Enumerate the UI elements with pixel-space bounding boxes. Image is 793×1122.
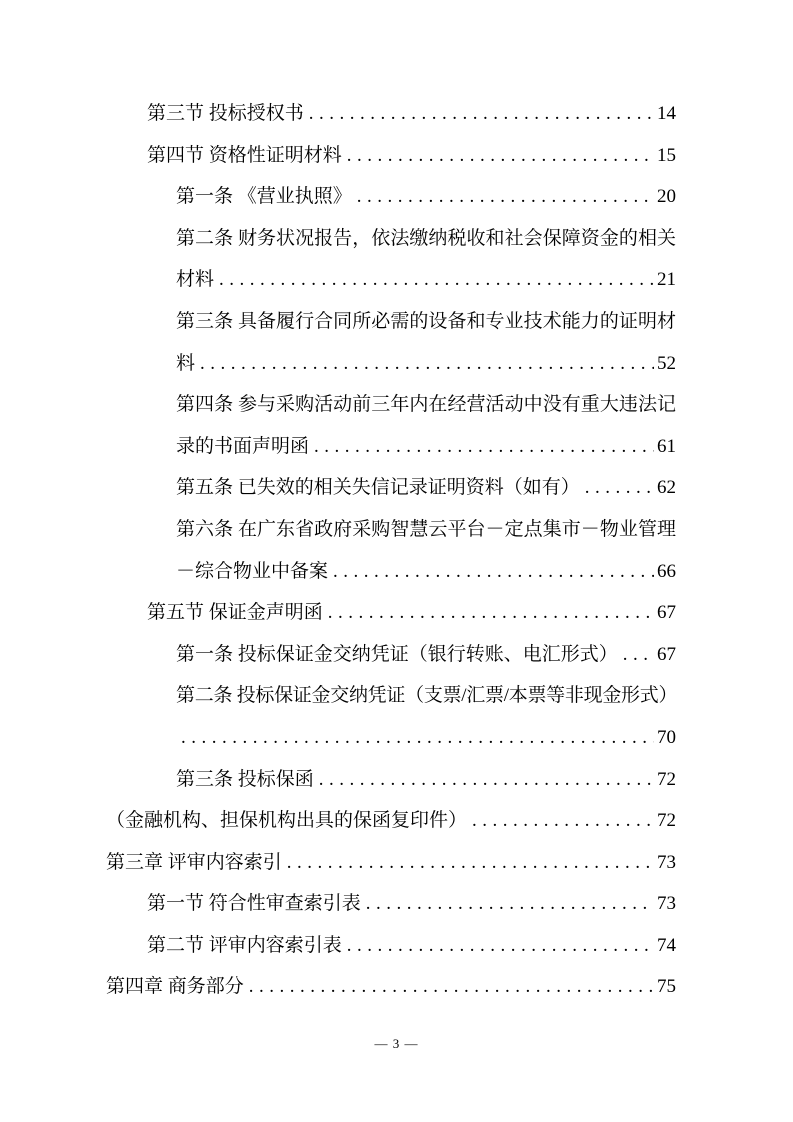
toc-entry-text: 第四节 资格性证明材料: [147, 135, 342, 177]
dot-leader: [319, 759, 654, 801]
toc-entry-text: 第一节 符合性审查索引表: [147, 883, 361, 925]
toc-page-number: 72: [657, 800, 676, 842]
toc-page-number: 21: [657, 259, 676, 301]
toc-page-number: 61: [657, 426, 676, 468]
toc-page-number: 52: [657, 343, 676, 385]
page-footer: — 3 —: [0, 1036, 793, 1052]
toc-page-number: 73: [657, 883, 676, 925]
toc-page-number: 14: [657, 93, 676, 135]
toc-entry: 第二条 投标保证金交纳凭证（支票/汇票/本票等非现金形式）: [106, 675, 676, 717]
dot-leader: [472, 800, 654, 842]
toc-page-number: 62: [657, 467, 676, 509]
toc-entry: 第二条 财务状况报告，依法缴纳税收和社会保障资金的相关: [106, 218, 676, 260]
toc-entry-text: 第一条 《营业执照》: [176, 176, 352, 218]
toc-entry: 第三条 投标保函 72: [106, 759, 676, 801]
toc-entry-text: 第二条 财务状况报告，依法缴纳税收和社会保障资金的相关: [176, 218, 676, 260]
toc-entry-text: 第三章 评审内容索引: [106, 842, 282, 884]
dot-leader: [200, 343, 654, 385]
toc-entry-text: 第三条 具备履行合同所必需的设备和专业技术能力的证明材: [176, 301, 676, 343]
toc-page-number: 66: [657, 551, 676, 593]
dot-leader: [357, 176, 654, 218]
toc-entry: 第六条 在广东省政府采购智慧云平台－定点集市－物业管理: [106, 509, 676, 551]
toc-entry-text: 第一条 投标保证金交纳凭证（银行转账、电汇形式）: [176, 634, 618, 676]
toc-entry: 第四条 参与采购活动前三年内在经营活动中没有重大违法记: [106, 384, 676, 426]
toc-entry-text: 材料: [176, 259, 214, 301]
toc-entry-text: 第五条 已失效的相关失信记录证明资料（如有）: [176, 467, 580, 509]
toc-page-number: 20: [657, 176, 676, 218]
toc-entry: 第一条 投标保证金交纳凭证（银行转账、电汇形式） 67: [106, 634, 676, 676]
toc-entry-text: 第五节 保证金声明函: [147, 592, 323, 634]
dot-leader: [347, 135, 654, 177]
toc-entry: 第四章 商务部分 75: [106, 966, 676, 1008]
toc-entry: 录的书面声明函 61: [106, 426, 676, 468]
toc-entry-text: 第三条 投标保函: [176, 759, 314, 801]
dot-leader: [366, 883, 654, 925]
footer-page-number: — 3 —: [375, 1036, 419, 1051]
dot-leader: [287, 842, 654, 884]
toc-entry: 70: [106, 717, 676, 759]
toc-entry: 第一条 《营业执照》 20: [106, 176, 676, 218]
toc-entry: －综合物业中备案 66: [106, 551, 676, 593]
toc-page-number: 67: [657, 634, 676, 676]
toc-entry: 第一节 符合性审查索引表 73: [106, 883, 676, 925]
toc-entry: 第三节 投标授权书 14: [106, 93, 676, 135]
toc-page-number: 75: [657, 966, 676, 1008]
toc-entry: 第五节 保证金声明函 67: [106, 592, 676, 634]
toc-entry-text: （金融机构、担保机构出具的保函复印件）: [106, 800, 467, 842]
toc-page-number: 67: [657, 592, 676, 634]
toc-entry-text: 料: [176, 343, 195, 385]
dot-leader: [219, 259, 654, 301]
toc-entry-text: 第六条 在广东省政府采购智慧云平台－定点集市－物业管理: [176, 509, 676, 551]
dot-leader: [347, 925, 654, 967]
dot-leader: [309, 93, 654, 135]
dot-leader: [333, 551, 654, 593]
toc-entry-text: 第四章 商务部分: [106, 966, 244, 1008]
toc-entry-text: －综合物业中备案: [176, 551, 328, 593]
dot-leader: [314, 426, 654, 468]
document-page: 第三节 投标授权书 14 第四节 资格性证明材料 15 第一条 《营业执照》 2…: [0, 0, 793, 1122]
toc-page-number: 73: [657, 842, 676, 884]
toc-entry-text: 录的书面声明函: [176, 426, 309, 468]
toc-entry-text: 第二条 投标保证金交纳凭证（支票/汇票/本票等非现金形式）: [176, 675, 676, 717]
table-of-contents: 第三节 投标授权书 14 第四节 资格性证明材料 15 第一条 《营业执照》 2…: [106, 93, 676, 1008]
dot-leader: [585, 467, 654, 509]
toc-entry: 第二节 评审内容索引表 74: [106, 925, 676, 967]
toc-entry: 第三条 具备履行合同所必需的设备和专业技术能力的证明材: [106, 301, 676, 343]
dot-leader: [328, 592, 654, 634]
toc-entry: （金融机构、担保机构出具的保函复印件） 72: [106, 800, 676, 842]
dot-leader: [623, 634, 654, 676]
toc-entry: 第四节 资格性证明材料 15: [106, 135, 676, 177]
toc-entry: 第三章 评审内容索引 73: [106, 842, 676, 884]
toc-page-number: 74: [657, 925, 676, 967]
dot-leader: [181, 717, 654, 759]
toc-entry-text: 第三节 投标授权书: [147, 93, 304, 135]
toc-entry: 材料 21: [106, 259, 676, 301]
toc-page-number: 72: [657, 759, 676, 801]
toc-entry-text: 第四条 参与采购活动前三年内在经营活动中没有重大违法记: [176, 384, 676, 426]
dot-leader: [249, 966, 654, 1008]
toc-page-number: 70: [657, 717, 676, 759]
toc-entry: 料 52: [106, 343, 676, 385]
toc-entry-text: 第二节 评审内容索引表: [147, 925, 342, 967]
toc-entry: 第五条 已失效的相关失信记录证明资料（如有） 62: [106, 467, 676, 509]
toc-page-number: 15: [657, 135, 676, 177]
